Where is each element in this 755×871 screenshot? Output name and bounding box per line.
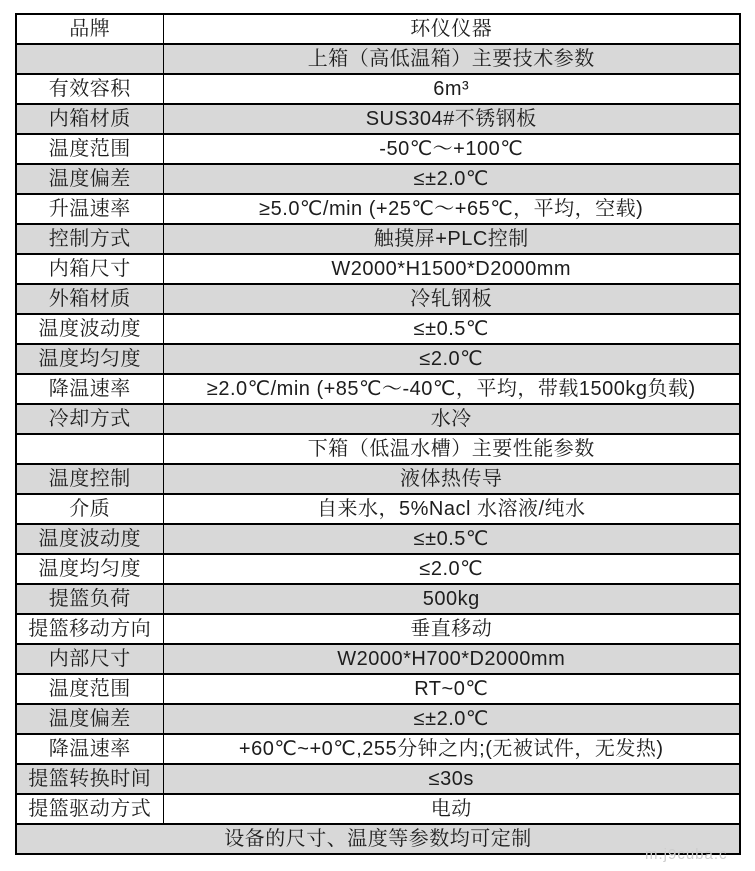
spec-table-body: 品牌环仪仪器上箱（高低温箱）主要技术参数有效容积6m³内箱材质SUS304#不锈… [16,14,740,854]
param-value-cell: ≤±2.0℃ [163,164,740,194]
param-value-cell: 水冷 [163,404,740,434]
table-row: 温度均匀度≤2.0℃ [16,554,740,584]
param-value-cell: 500kg [163,584,740,614]
param-label-cell: 提篮转换时间 [16,764,163,794]
table-row: 控制方式触摸屏+PLC控制 [16,224,740,254]
table-row: 温度偏差≤±2.0℃ [16,704,740,734]
table-row: 上箱（高低温箱）主要技术参数 [16,44,740,74]
table-row: 外箱材质冷轧钢板 [16,284,740,314]
param-label-cell: 提篮移动方向 [16,614,163,644]
table-row: 内部尺寸W2000*H700*D2000mm [16,644,740,674]
table-row: 温度波动度≤±0.5℃ [16,524,740,554]
param-value-cell: -50℃～+100℃ [163,134,740,164]
table-row: 提篮转换时间≤30s [16,764,740,794]
param-label-cell: 温度均匀度 [16,554,163,584]
param-label-cell: 温度均匀度 [16,344,163,374]
param-value-cell: 下箱（低温水槽）主要性能参数 [163,434,740,464]
param-value-cell: W2000*H1500*D2000mm [163,254,740,284]
param-label-cell: 温度偏差 [16,704,163,734]
table-row: 设备的尺寸、温度等参数均可定制 [16,824,740,854]
table-row: 提篮负荷500kg [16,584,740,614]
param-value-cell: ≤30s [163,764,740,794]
table-row: 冷却方式水冷 [16,404,740,434]
param-value-cell: +60℃~+0℃,255分钟之内;(无被试件，无发热) [163,734,740,764]
param-value-cell: 垂直移动 [163,614,740,644]
param-value-cell: SUS304#不锈钢板 [163,104,740,134]
param-label-cell: 外箱材质 [16,284,163,314]
table-row: 温度控制液体热传导 [16,464,740,494]
param-value-cell: 6m³ [163,74,740,104]
param-value-cell: ≥5.0℃/min (+25℃～+65℃，平均，空载) [163,194,740,224]
param-value-cell: 电动 [163,794,740,824]
table-row: 介质自来水，5%Nacl 水溶液/纯水 [16,494,740,524]
param-value-cell: 环仪仪器 [163,14,740,44]
param-label-cell: 提篮负荷 [16,584,163,614]
param-label-cell [16,44,163,74]
param-value-cell: ≤±2.0℃ [163,704,740,734]
merged-note-cell: 设备的尺寸、温度等参数均可定制 [16,824,740,854]
param-label-cell: 温度波动度 [16,524,163,554]
param-value-cell: 自来水，5%Nacl 水溶液/纯水 [163,494,740,524]
table-row: 温度波动度≤±0.5℃ [16,314,740,344]
param-value-cell: ≥2.0℃/min (+85℃～-40℃，平均，带载1500kg负载) [163,374,740,404]
table-row: 温度范围-50℃～+100℃ [16,134,740,164]
param-label-cell: 冷却方式 [16,404,163,434]
table-row: 降温速率+60℃~+0℃,255分钟之内;(无被试件，无发热) [16,734,740,764]
param-value-cell: 触摸屏+PLC控制 [163,224,740,254]
param-label-cell: 温度偏差 [16,164,163,194]
watermark-text: m.j9cuba.c [645,846,728,863]
param-value-cell: W2000*H700*D2000mm [163,644,740,674]
param-label-cell: 内箱尺寸 [16,254,163,284]
param-label-cell: 内箱材质 [16,104,163,134]
param-label-cell: 品牌 [16,14,163,44]
table-row: 提篮驱动方式电动 [16,794,740,824]
table-row: 品牌环仪仪器 [16,14,740,44]
param-value-cell: ≤2.0℃ [163,554,740,584]
param-value-cell: 上箱（高低温箱）主要技术参数 [163,44,740,74]
param-value-cell: 冷轧钢板 [163,284,740,314]
param-label-cell: 介质 [16,494,163,524]
table-row: 下箱（低温水槽）主要性能参数 [16,434,740,464]
table-row: 升温速率≥5.0℃/min (+25℃～+65℃，平均，空载) [16,194,740,224]
param-value-cell: ≤±0.5℃ [163,314,740,344]
table-row: 提篮移动方向垂直移动 [16,614,740,644]
table-row: 温度偏差≤±2.0℃ [16,164,740,194]
table-row: 内箱尺寸W2000*H1500*D2000mm [16,254,740,284]
param-label-cell: 温度范围 [16,674,163,704]
param-value-cell: 液体热传导 [163,464,740,494]
table-row: 内箱材质SUS304#不锈钢板 [16,104,740,134]
param-label-cell: 有效容积 [16,74,163,104]
table-row: 温度范围RT~0℃ [16,674,740,704]
table-row: 降温速率≥2.0℃/min (+85℃～-40℃，平均，带载1500kg负载) [16,374,740,404]
param-label-cell [16,434,163,464]
param-label-cell: 控制方式 [16,224,163,254]
param-label-cell: 升温速率 [16,194,163,224]
param-label-cell: 温度波动度 [16,314,163,344]
param-value-cell: RT~0℃ [163,674,740,704]
param-value-cell: ≤2.0℃ [163,344,740,374]
spec-table: 品牌环仪仪器上箱（高低温箱）主要技术参数有效容积6m³内箱材质SUS304#不锈… [15,13,741,855]
param-label-cell: 温度控制 [16,464,163,494]
param-label-cell: 内部尺寸 [16,644,163,674]
table-row: 温度均匀度≤2.0℃ [16,344,740,374]
param-label-cell: 降温速率 [16,734,163,764]
page: 品牌环仪仪器上箱（高低温箱）主要技术参数有效容积6m³内箱材质SUS304#不锈… [0,0,755,871]
table-row: 有效容积6m³ [16,74,740,104]
param-label-cell: 降温速率 [16,374,163,404]
param-label-cell: 温度范围 [16,134,163,164]
param-value-cell: ≤±0.5℃ [163,524,740,554]
param-label-cell: 提篮驱动方式 [16,794,163,824]
